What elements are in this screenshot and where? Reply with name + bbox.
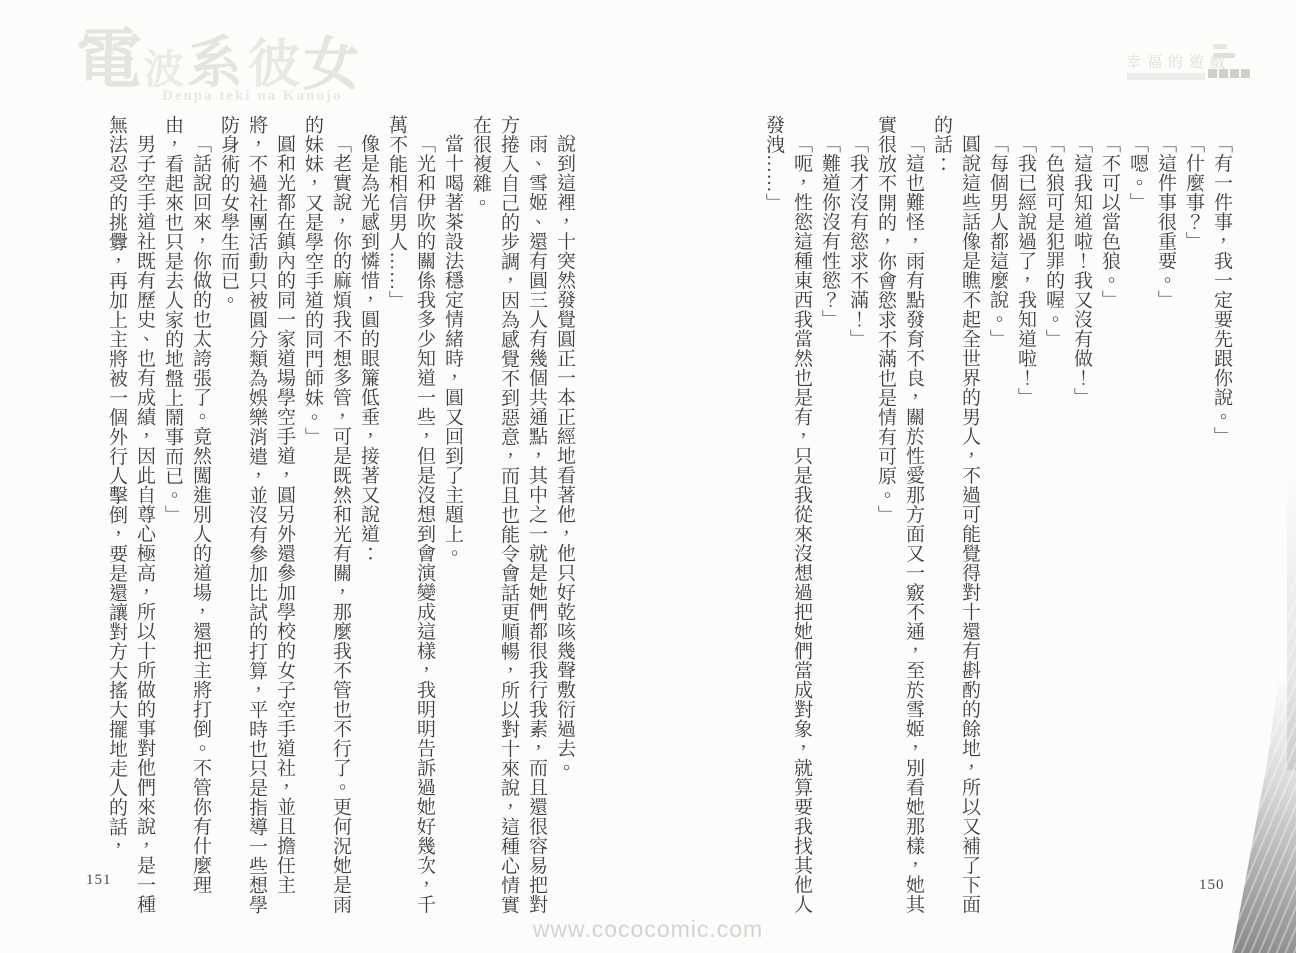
logo-char: 電 xyxy=(76,28,142,94)
dialogue-line: 「每個男人都這麼說。」 xyxy=(983,115,1011,915)
stamp-square xyxy=(1208,69,1217,78)
series-logo: 電波系彼女 xyxy=(76,28,360,94)
narration-paragraph: 圓和光都在鎮內的同一家道場學空手道，圓另外還參加學校的女子空手道社，並且擔任主將… xyxy=(214,115,298,915)
dialogue-line: 「這也難怪，雨有點發育不良，關於性愛那方面又一竅不通，至於雪姬，別看她那樣，她其… xyxy=(871,115,927,915)
dialogue-line: 「呃，性慾這種東西我當然也是有，只是我從來沒想過把她們當成對象，就算要我找其他人… xyxy=(759,115,815,915)
dialogue-line: 「難道你沒有性慾？」 xyxy=(815,115,843,915)
dialogue-line: 「色狼可是犯罪的喔。」 xyxy=(1039,115,1067,915)
dialogue-line: 「不可以當色狼。」 xyxy=(1095,115,1123,915)
publisher-stamp-mark xyxy=(1213,53,1235,58)
watermark-url: www.cococomic.com xyxy=(0,916,1296,943)
logo-char: 女 xyxy=(302,36,360,94)
dialogue-line: 「話說回來，你做的也太誇張了。竟然闖進別人的道場，還把主將打倒。不管你有什麼理由… xyxy=(158,115,214,915)
publisher-stamp-row xyxy=(1208,69,1250,78)
narration-paragraph: 說到這裡，十突然發覺圓正一本正經地看著他，他只好乾咳幾聲敷衍過去。 xyxy=(550,115,578,915)
dialogue-line: 「我已經說過了，我知道啦！」 xyxy=(1011,115,1039,915)
dialogue-line: 「老實說，你的麻煩我不想多管，可是既然和光有關，那麼我不管也不行了。更何況她是雨… xyxy=(298,115,354,915)
narration-paragraph: 圓說這些話像是瞧不起全世界的男人，不過可能覺得對十還有斟酌的餘地，所以又補了下面… xyxy=(927,115,983,915)
stamp-square xyxy=(1241,69,1250,78)
book-edge-shadow xyxy=(1228,553,1296,953)
dialogue-line: 「光和伊吹的關係我多少知道一些，但是沒想到會演變成這樣，我明明告訴過她好幾次，千… xyxy=(382,115,438,915)
stamp-square xyxy=(1219,69,1228,78)
series-logo-romaji: Denpa teki na Kanojo xyxy=(162,88,342,105)
scanned-book-spread: 電波系彼女 Denpa teki na Kanojo 幸福的遊戲 「有一件事，我… xyxy=(0,0,1296,953)
dialogue-line: 「這我知道啦！我又沒有做！」 xyxy=(1067,115,1095,915)
narration-paragraph: 雨、雪姬、還有圓三人有幾個共通點，其中之一就是她們都很我行我素，而且還很容易把對… xyxy=(466,115,550,915)
narration-paragraph: 男子空手道社既有歷史、也有成績，因此自尊心極高，所以十所做的事對他們來說，是一種… xyxy=(102,115,158,915)
logo-char: 波 xyxy=(144,50,184,90)
publisher-stamp-mark xyxy=(1213,44,1227,49)
page-number-right: 150 xyxy=(1199,877,1225,894)
logo-char: 彼 xyxy=(248,40,300,92)
chapter-romaji-faint-bar xyxy=(1127,73,1205,80)
narration-paragraph: 當十喝著茶設法穩定情緒時，圓又回到了主題上。 xyxy=(438,115,466,915)
dialogue-line: 「這件事很重要。」 xyxy=(1151,115,1179,915)
dialogue-line: 「嗯。」 xyxy=(1123,115,1151,915)
dialogue-line: 「我才沒有慾求不滿！」 xyxy=(843,115,871,915)
dialogue-line: 「什麼事？」 xyxy=(1179,115,1207,915)
logo-char: 系 xyxy=(186,36,242,92)
narration-paragraph: 像是為光感到憐惜，圓的眼簾低垂，接著又說道： xyxy=(354,115,382,915)
dialogue-line: 「有一件事，我一定要先跟你說。」 xyxy=(1207,115,1235,915)
page-number-left: 151 xyxy=(86,872,112,889)
right-page-text: 「有一件事，我一定要先跟你說。」 「什麼事？」 「這件事很重要。」 「嗯。」 「… xyxy=(759,115,1235,915)
stamp-square xyxy=(1230,69,1239,78)
left-page-text: 說到這裡，十突然發覺圓正一本正經地看著他，他只好乾咳幾聲敷衍過去。 雨、雪姬、還… xyxy=(102,115,578,915)
